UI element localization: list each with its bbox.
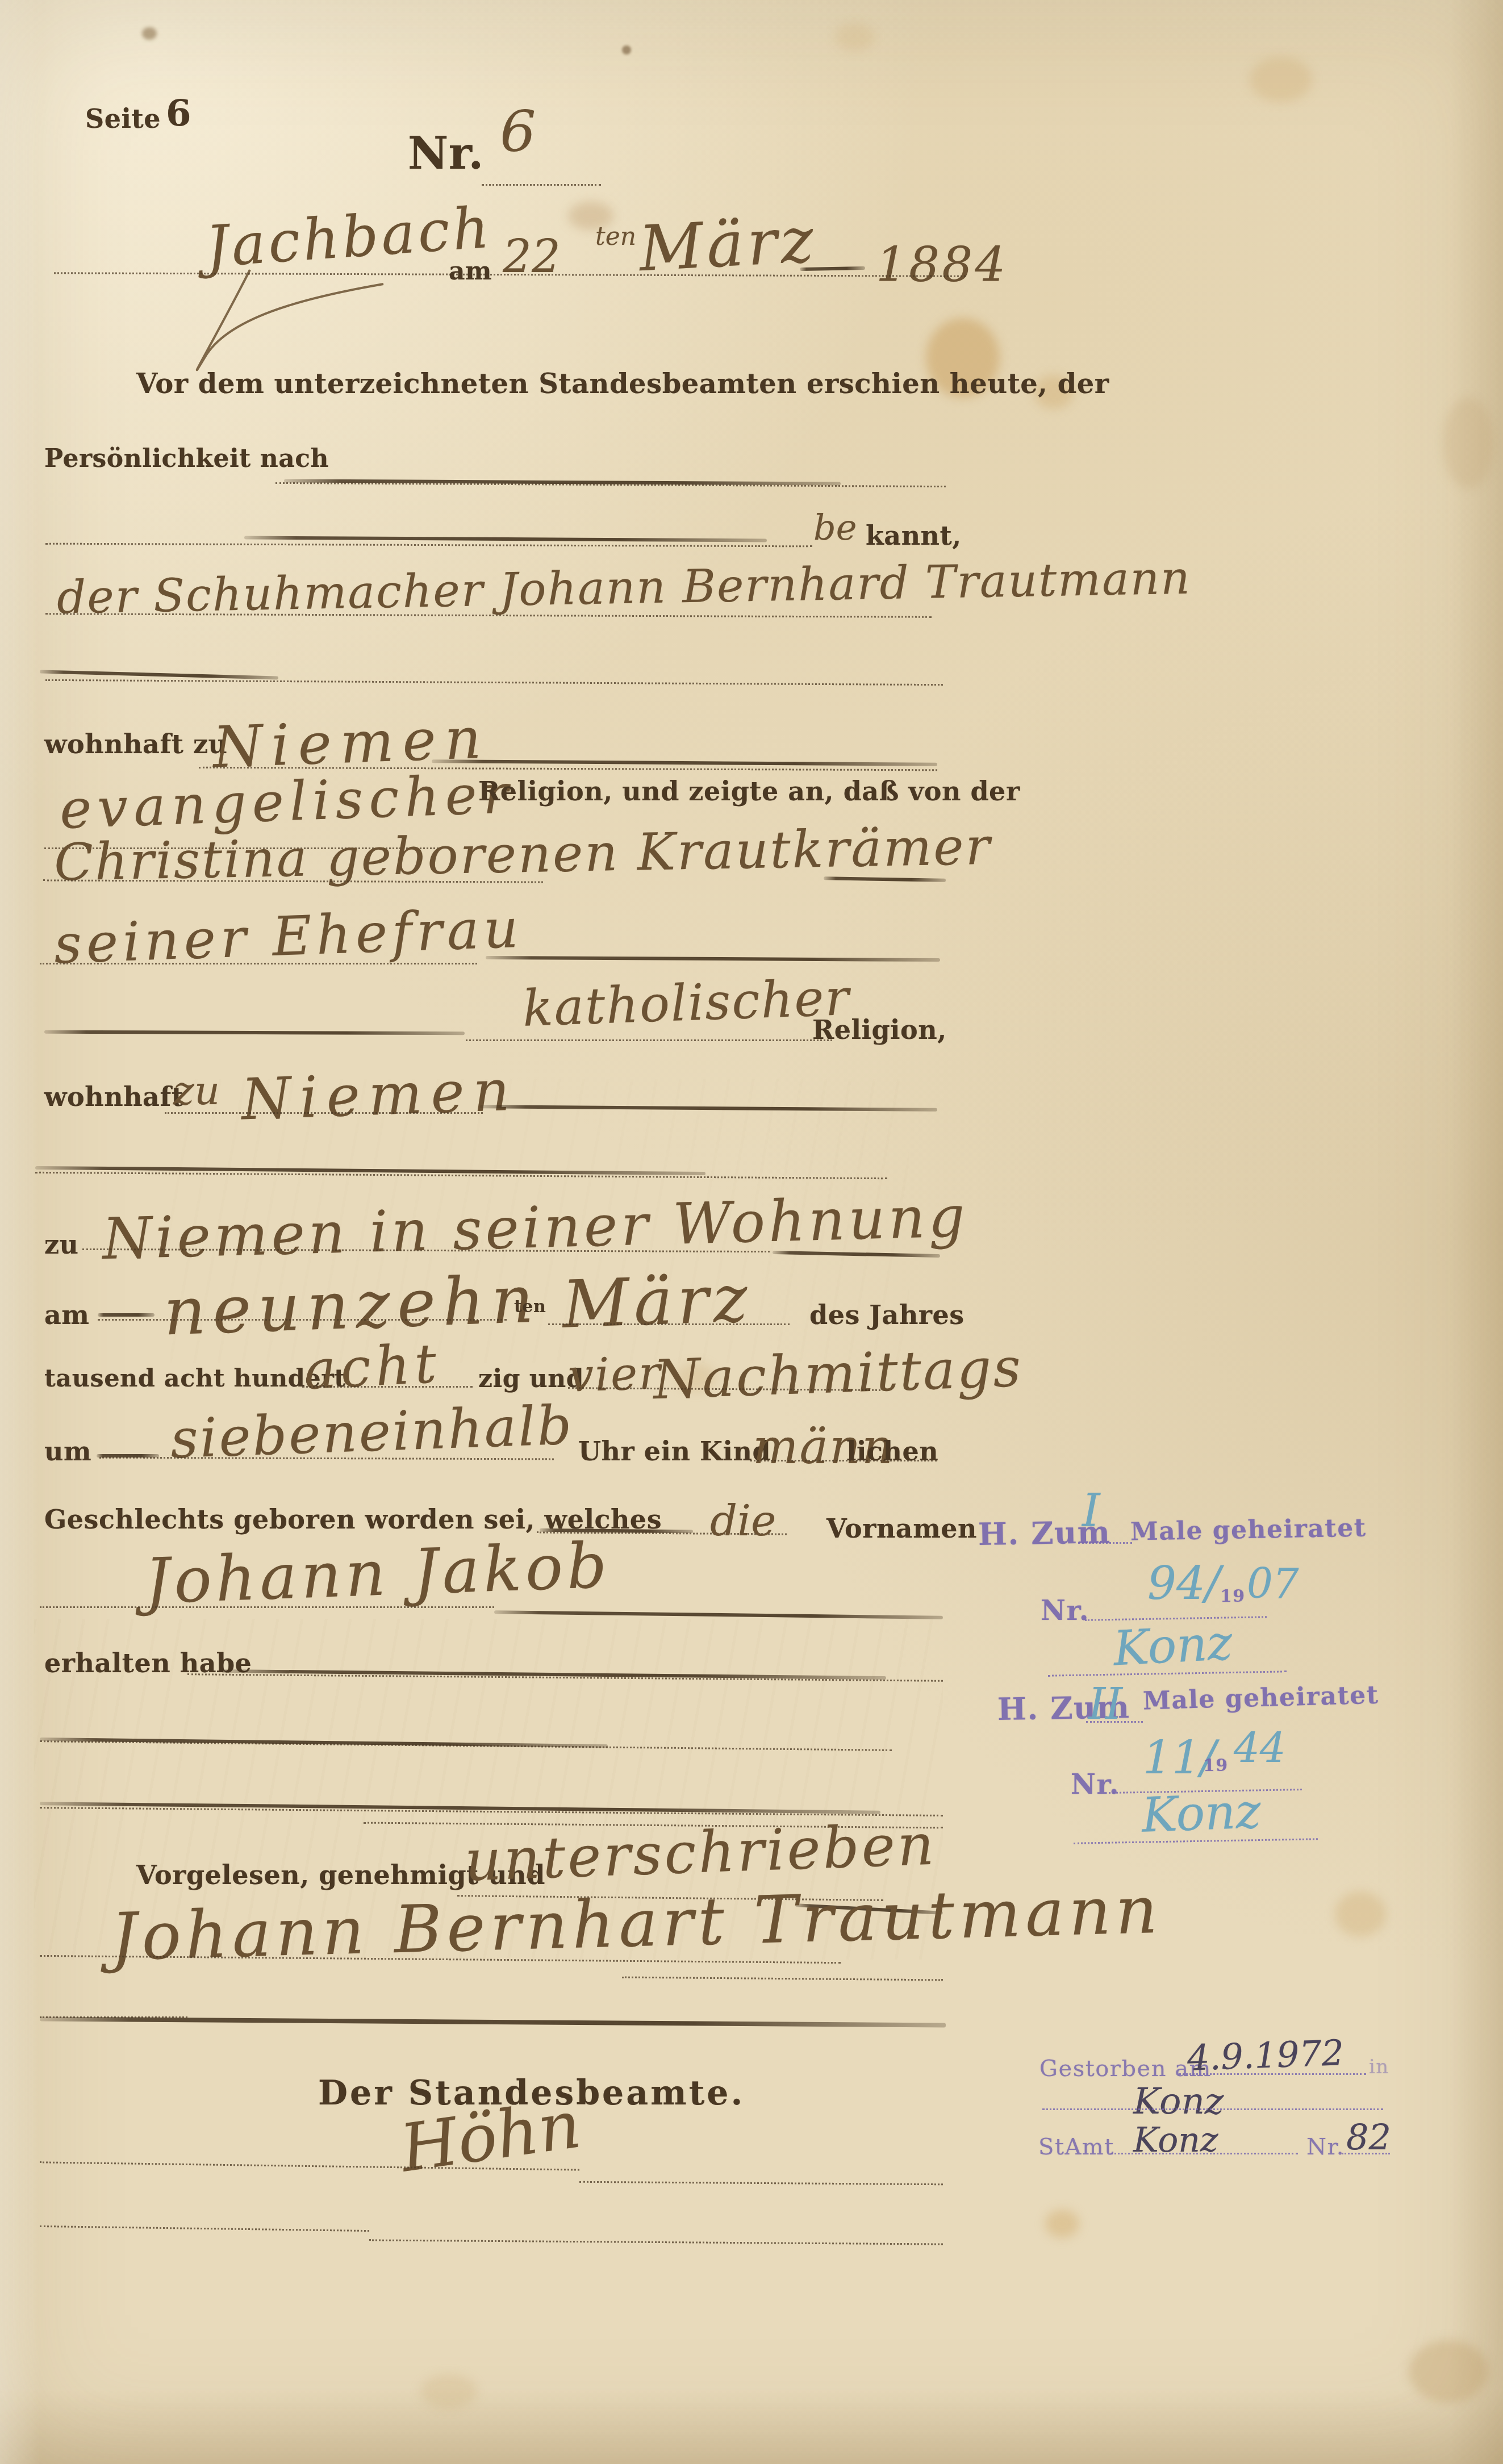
- religion2-label: Religion,: [812, 1017, 947, 1043]
- marriage1-place: Konz: [1112, 1619, 1234, 1673]
- ink-stroke: [40, 670, 278, 680]
- death-date: 4.9.1972: [1187, 2035, 1345, 2076]
- birth-tausend-label: tausend acht hundert: [44, 1367, 346, 1391]
- ink-stroke: [494, 1610, 943, 1619]
- ink-stroke: [824, 876, 946, 882]
- mother-relation: seiner Ehefrau: [53, 902, 524, 972]
- registry-page: Seite 6 Nr. 6 Jachbach am 22 ten März 18…: [0, 0, 1503, 2464]
- dotted-line: [482, 184, 601, 186]
- declarant-name: der Schuhmacher Johann Bernhard Trautman…: [56, 556, 1191, 621]
- pen-dash: [800, 266, 865, 271]
- dateline-year: 1884: [876, 241, 1008, 289]
- dotted-line: [40, 963, 477, 964]
- marriage2-numeral: II: [1088, 1682, 1122, 1726]
- dateline-day-suffix: ten: [595, 224, 636, 249]
- record-number: 6: [500, 103, 536, 160]
- dotted-line: [466, 1039, 832, 1041]
- vornamen-die: die: [710, 1500, 776, 1542]
- death-stamp-label: Gestorben am: [1039, 2057, 1212, 2080]
- stamp-dotted-line: [1086, 1721, 1143, 1723]
- dotted-line: [45, 679, 943, 686]
- erhalten-label: erhalten habe: [44, 1650, 252, 1676]
- marriage1-nr-label: Nr.: [1041, 1597, 1089, 1624]
- birth-jahres-label: des Jahres: [809, 1302, 965, 1328]
- dateline-day: 22: [503, 234, 561, 279]
- child-names: Johann Jakob: [144, 1534, 612, 1613]
- birth-ten-label: ten: [514, 1298, 546, 1315]
- dotted-line: [579, 2181, 943, 2185]
- marriage1-numeral: I: [1082, 1488, 1100, 1534]
- dotted-line: [302, 1386, 473, 1388]
- religion2-value: katholischer: [522, 972, 851, 1034]
- dotted-line: [40, 2016, 187, 2018]
- stain: [1250, 57, 1312, 102]
- stain: [420, 2374, 477, 2408]
- persoenlichkeit-label: Persönlichkeit nach: [44, 446, 329, 471]
- dotted-line: [40, 2225, 369, 2232]
- marriage1-year: 07: [1247, 1563, 1299, 1604]
- dateline-am-label: am: [449, 259, 492, 284]
- marriage1-number: 94/: [1147, 1561, 1221, 1606]
- stamp-dotted-line: [1110, 2153, 1298, 2154]
- marriage1-year-print: 19: [1220, 1588, 1246, 1605]
- residence2-value: Niemen: [240, 1062, 519, 1129]
- vornamen-label: Vornamen: [826, 1515, 977, 1542]
- death-nr-label: Nr.: [1306, 2136, 1345, 2158]
- residence2-zu: zu: [173, 1071, 220, 1110]
- marriage2-nr-label: Nr.: [1071, 1771, 1120, 1798]
- stain: [1443, 398, 1494, 488]
- birthplace-zu-label: zu: [44, 1231, 79, 1258]
- stain: [1335, 1891, 1386, 1937]
- intro-line: Vor dem unterzeichneten Standesbeamten e…: [136, 370, 1109, 398]
- death-stamt-label: StAmt: [1038, 2136, 1114, 2158]
- pen-dash: [98, 1313, 155, 1317]
- birth-am-label: am: [44, 1302, 89, 1328]
- stain: [622, 45, 631, 55]
- birth-day: neunzehn: [162, 1267, 541, 1345]
- dotted-line: [40, 1606, 494, 1608]
- dotted-line: [98, 1319, 507, 1321]
- marriage2-stamp-suffix: Male geheiratet: [1142, 1683, 1379, 1714]
- bekannt-hand: be: [813, 510, 857, 545]
- death-in-label: in: [1369, 2057, 1389, 2077]
- marriage1-stamp-suffix: Male geheiratet: [1130, 1515, 1367, 1544]
- dotted-line: [548, 1323, 790, 1325]
- stain: [835, 23, 875, 51]
- dotted-line: [622, 1977, 943, 1981]
- marriage2-place: Konz: [1141, 1787, 1262, 1839]
- stamp-dotted-line: [1042, 2108, 1383, 2110]
- religion1-label: Religion, und zeigte an, daß von der: [478, 778, 1020, 804]
- dotted-line: [165, 1112, 483, 1114]
- death-place: Konz: [1133, 2083, 1224, 2120]
- marriage2-year-print: 19: [1203, 1757, 1229, 1774]
- residence2-label: wohnhaft: [44, 1084, 183, 1110]
- ink-stroke: [40, 2016, 946, 2027]
- birth-month: März: [561, 1266, 753, 1338]
- birth-um-label: um: [44, 1438, 91, 1464]
- unterschrieben-hand: unterschrieben: [464, 1816, 937, 1890]
- birth-decade: acht: [303, 1337, 442, 1398]
- birth-year-word: vier: [567, 1350, 662, 1399]
- stamp-dotted-line: [1179, 2073, 1366, 2075]
- ink-stroke: [244, 536, 767, 542]
- birth-uhr-label: Uhr ein Kind: [578, 1438, 771, 1464]
- stain: [142, 27, 157, 40]
- dateline-month: März: [637, 208, 818, 280]
- bekannt-label: kannt,: [866, 523, 962, 549]
- dotted-line: [45, 543, 812, 548]
- dotted-line: [750, 1460, 937, 1461]
- record-nr-label: Nr.: [408, 132, 484, 176]
- death-number: 82: [1346, 2120, 1391, 2155]
- stain: [1409, 2340, 1488, 2403]
- seite-label: Seite: [85, 106, 161, 132]
- stamp-dotted-line: [1342, 2153, 1390, 2154]
- stamp-dotted-line: [1078, 1542, 1132, 1544]
- ink-stroke: [486, 956, 940, 962]
- birth-time: siebeneinhalb: [170, 1399, 574, 1467]
- page-number: 6: [166, 95, 191, 132]
- marriage2-year: 44: [1234, 1728, 1286, 1769]
- residence1-label: wohnhaft zu: [44, 731, 228, 757]
- birth-daytime: Nachmittags: [653, 1341, 1024, 1408]
- dotted-line: [369, 2239, 943, 2245]
- stain: [1045, 2210, 1079, 2238]
- ink-stroke: [44, 1030, 465, 1035]
- death-stamt-place: Konz: [1133, 2123, 1218, 2157]
